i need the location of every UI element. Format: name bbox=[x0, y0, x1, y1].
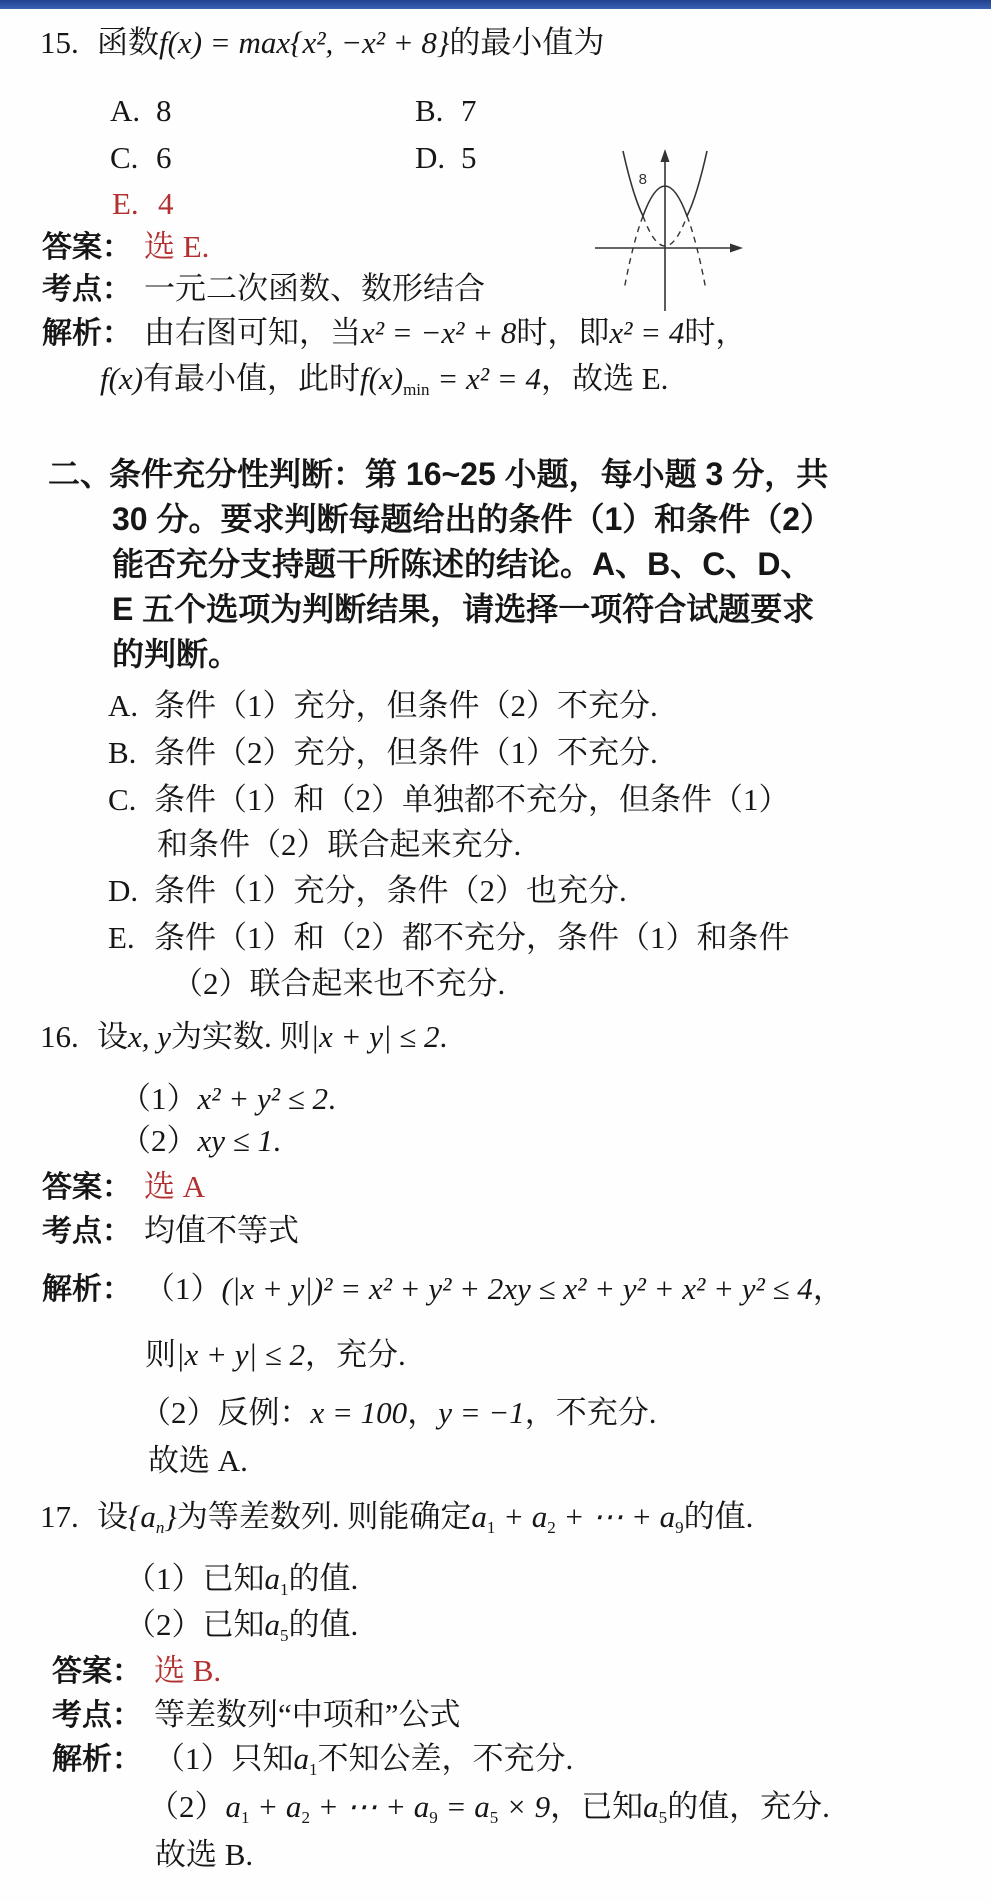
section2-marker: 二、 bbox=[48, 454, 109, 494]
section2-option-c-letter: C. bbox=[108, 781, 154, 820]
q16-title: 16.设x, y为实数. 则|x + y| ≤ 2. bbox=[40, 1018, 447, 1057]
q15-jiexi-row: 解析：由右图可知，当x² = −x² + 8时，即x² = 4时， bbox=[42, 314, 746, 353]
q15-answer-row: 答案：选 E. bbox=[42, 228, 209, 267]
q15-option-b-letter: B. bbox=[415, 92, 461, 131]
q15-option-a-value: 8 bbox=[156, 93, 172, 128]
q17-condition-1: （1）已知a1的值. bbox=[125, 1560, 358, 1600]
section2-option-d: D.条件（1）充分，条件（2）也充分. bbox=[108, 872, 627, 911]
q17-jiexi-row: 解析：（1）只知a1不知公差，不充分. bbox=[52, 1740, 573, 1780]
q17-number: 17. bbox=[40, 1498, 97, 1537]
q15-kaodian-value: 一元二次函数、数形结合 bbox=[144, 271, 485, 306]
answer-label: 答案： bbox=[42, 1169, 144, 1207]
q17-answer-value: 选 B. bbox=[154, 1653, 221, 1688]
q15-option-e-value: 4 bbox=[158, 186, 174, 221]
q15-option-b: B.7 bbox=[415, 92, 477, 131]
q15-option-e: E.4 bbox=[112, 185, 174, 224]
q17-jiexi-line1: （1）只知a1不知公差，不充分. bbox=[154, 1741, 573, 1776]
answer-label: 答案： bbox=[42, 229, 144, 267]
q16-jiexi-line3: （2）反例：x = 100，y = −1，不充分. bbox=[140, 1394, 657, 1433]
section2-heading-text1: 条件充分性判断：第 16~25 小题，每小题 3 分，共 bbox=[109, 456, 828, 492]
q16-jiexi-line1: （1）(|x + y|)² = x² + y² + 2xy ≤ x² + y² … bbox=[144, 1271, 844, 1306]
section2-heading-line5: 的判断。 bbox=[112, 634, 240, 674]
q15-jiexi-line2: f(x)有最小值，此时f(x)min = x² = 4，故选 E. bbox=[100, 360, 668, 400]
q17-title: 17.设{an}为等差数列. 则能确定a1 + a2 + ⋯ + a9的值. bbox=[40, 1498, 753, 1538]
parabola-figure: 8 bbox=[585, 116, 755, 321]
section2-heading-line1: 二、条件充分性判断：第 16~25 小题，每小题 3 分，共 bbox=[48, 454, 828, 494]
top-accent-bar bbox=[0, 0, 991, 9]
q16-condition-2: （2）xy ≤ 1. bbox=[120, 1122, 281, 1161]
q15-option-d: D.5 bbox=[415, 139, 477, 178]
section2-option-e: E.条件（1）和（2）都不充分，条件（1）和条件 bbox=[108, 919, 790, 958]
section2-option-b-text: 条件（2）充分，但条件（1）不充分. bbox=[154, 735, 658, 770]
q17-kaodian-row: 考点：等差数列“中项和”公式 bbox=[52, 1696, 461, 1735]
q17-jiexi-line3: 故选 B. bbox=[155, 1836, 253, 1875]
q15-option-c-letter: C. bbox=[110, 139, 156, 178]
q15-answer-value: 选 E. bbox=[144, 229, 209, 264]
q15-option-a-letter: A. bbox=[110, 92, 156, 131]
q15-option-d-value: 5 bbox=[461, 140, 477, 175]
q16-jiexi-line2: 则|x + y| ≤ 2，充分. bbox=[145, 1336, 406, 1375]
section2-option-e-letter: E. bbox=[108, 919, 154, 958]
q16-answer-row: 答案：选 A bbox=[42, 1168, 205, 1207]
section2-heading-line4: E 五个选项为判断结果，请选择一项符合试题要求 bbox=[112, 589, 814, 629]
q15-number: 15. bbox=[40, 24, 97, 63]
kaodian-label: 考点： bbox=[42, 1213, 144, 1251]
kaodian-label: 考点： bbox=[52, 1697, 154, 1735]
q16-title-text: 设x, y为实数. 则|x + y| ≤ 2. bbox=[97, 1019, 447, 1054]
section2-heading-line3: 能否充分支持题干所陈述的结论。A、B、C、D、 bbox=[112, 544, 812, 584]
q15-option-c: C.6 bbox=[110, 139, 172, 178]
figure-peak-label: 8 bbox=[639, 171, 647, 188]
q17-title-text: 设{an}为等差数列. 则能确定a1 + a2 + ⋯ + a9的值. bbox=[97, 1499, 753, 1534]
section2-heading-line2: 30 分。要求判断每题给出的条件（1）和条件（2） bbox=[112, 499, 832, 539]
answer-label: 答案： bbox=[52, 1653, 154, 1691]
section2-option-d-letter: D. bbox=[108, 872, 154, 911]
q17-answer-row: 答案：选 B. bbox=[52, 1652, 221, 1691]
q17-jiexi-line2: （2）a1 + a2 + ⋯ + a9 = a5 × 9，已知a5的值，充分. bbox=[148, 1788, 830, 1828]
q15-kaodian-row: 考点：一元二次函数、数形结合 bbox=[42, 270, 485, 309]
q17-kaodian-value: 等差数列“中项和”公式 bbox=[154, 1697, 461, 1732]
q16-jiexi-line4: 故选 A. bbox=[148, 1442, 248, 1481]
document-page: 15.函数f(x) = max{x², −x² + 8}的最小值为 A.8 B.… bbox=[0, 0, 991, 1901]
kaodian-label: 考点： bbox=[42, 271, 144, 309]
y-axis-arrow bbox=[661, 149, 670, 162]
section2-option-e-text: 条件（1）和（2）都不充分，条件（1）和条件 bbox=[154, 920, 790, 955]
q16-condition-1: （1）x² + y² ≤ 2. bbox=[120, 1080, 336, 1119]
section2-option-b: B.条件（2）充分，但条件（1）不充分. bbox=[108, 734, 658, 773]
section2-option-a-letter: A. bbox=[108, 687, 154, 726]
q16-answer-value: 选 A bbox=[144, 1169, 205, 1204]
q15-option-b-value: 7 bbox=[461, 93, 477, 128]
section2-option-a: A.条件（1）充分，但条件（2）不充分. bbox=[108, 687, 658, 726]
q15-option-c-value: 6 bbox=[156, 140, 172, 175]
section2-option-c: C.条件（1）和（2）单独都不充分，但条件（1） bbox=[108, 781, 790, 820]
section2-option-c-line2: 和条件（2）联合起来充分. bbox=[157, 826, 521, 865]
q15-option-e-letter: E. bbox=[112, 185, 158, 224]
x-axis-arrow bbox=[730, 244, 743, 253]
section2-option-e-line2: （2）联合起来也不充分. bbox=[172, 965, 505, 1004]
section2-option-b-letter: B. bbox=[108, 734, 154, 773]
q16-kaodian-value: 均值不等式 bbox=[144, 1213, 299, 1248]
q15-option-d-letter: D. bbox=[415, 139, 461, 178]
jiexi-label: 解析： bbox=[42, 1271, 144, 1309]
q15-title: 15.函数f(x) = max{x², −x² + 8}的最小值为 bbox=[40, 24, 604, 63]
jiexi-label: 解析： bbox=[42, 315, 144, 353]
q16-kaodian-row: 考点：均值不等式 bbox=[42, 1212, 299, 1251]
jiexi-label: 解析： bbox=[52, 1741, 154, 1779]
q15-option-a: A.8 bbox=[110, 92, 172, 131]
q15-title-text: 函数f(x) = max{x², −x² + 8}的最小值为 bbox=[97, 25, 604, 60]
q16-number: 16. bbox=[40, 1018, 97, 1057]
q17-condition-2: （2）已知a5的值. bbox=[125, 1606, 358, 1646]
section2-option-a-text: 条件（1）充分，但条件（2）不充分. bbox=[154, 688, 658, 723]
section2-option-d-text: 条件（1）充分，条件（2）也充分. bbox=[154, 873, 627, 908]
q16-jiexi-row: 解析：（1）(|x + y|)² = x² + y² + 2xy ≤ x² + … bbox=[42, 1270, 844, 1309]
section2-option-c-text: 条件（1）和（2）单独都不充分，但条件（1） bbox=[154, 782, 790, 817]
q15-jiexi-line1: 由右图可知，当x² = −x² + 8时，即x² = 4时， bbox=[144, 315, 746, 350]
